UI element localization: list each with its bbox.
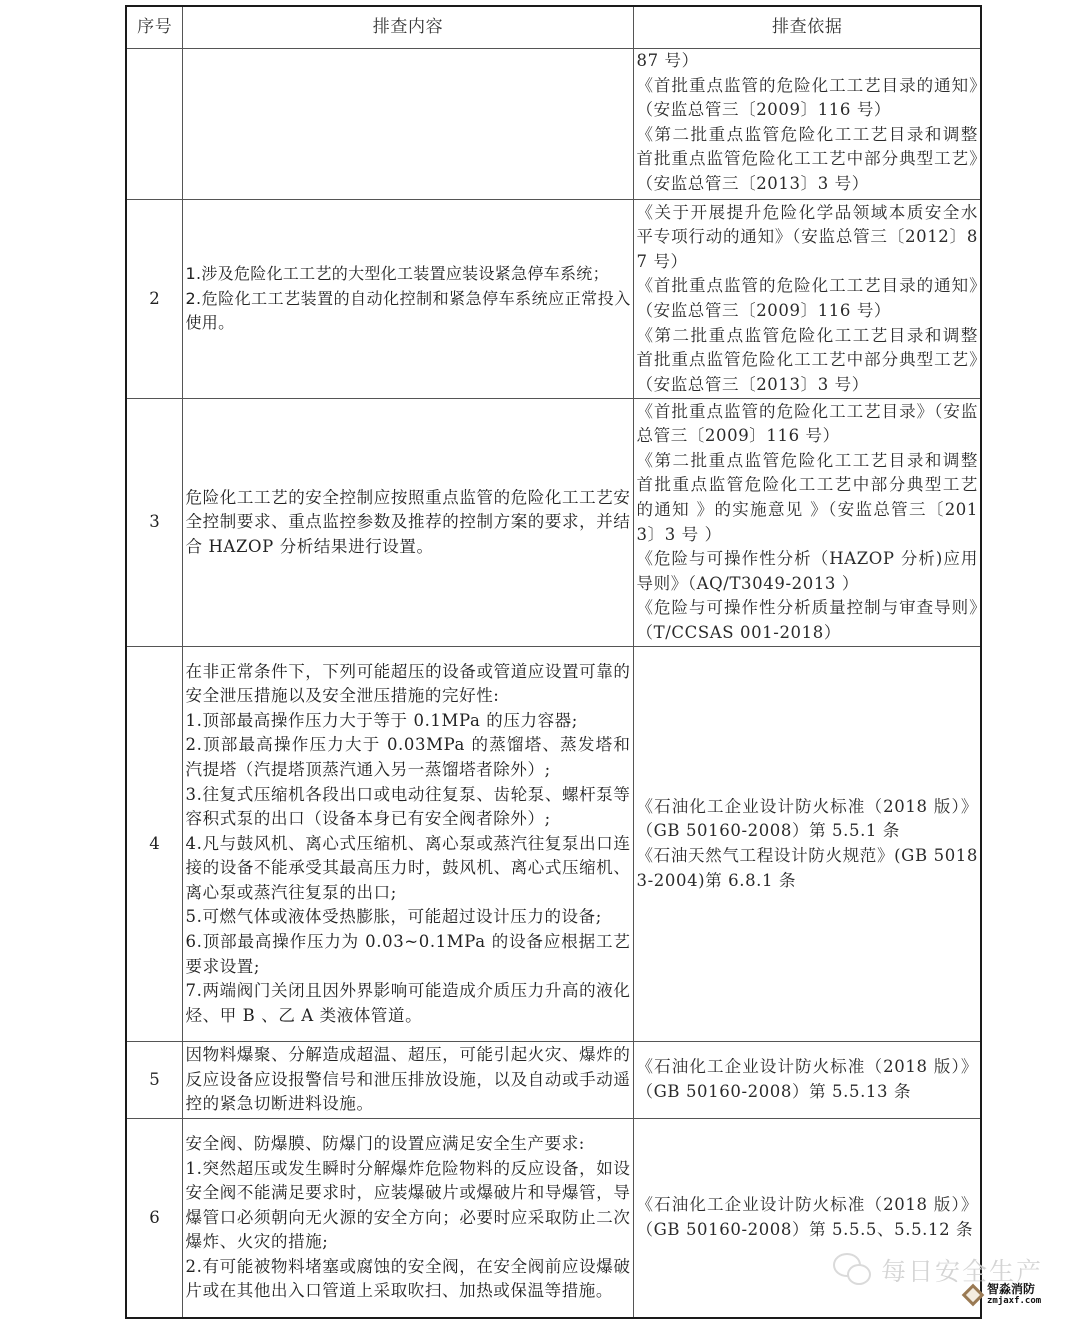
row-number: 3 [126,399,182,647]
basis-line: 《石油化工企业设计防火标准（2018 版）》（GB 50160-2008）第 5… [637,1193,979,1242]
basis-line: 《首批重点监管的危险化工工艺目录的通知》（安监总管三〔2009〕116 号） [637,74,979,123]
basis-line: 《关于开展提升危险化学品领域本质安全水平专项行动的通知》（安监总管三〔2012〕… [637,201,979,275]
content-line: 1.突然超压或发生瞬时分解爆炸危险物料的反应设备，如设安全阀不能满足要求时，应装… [186,1157,631,1255]
row-number: 5 [126,1042,182,1119]
content-line: 1.涉及危险化工工艺的大型化工装置应装设紧急停车系统； [186,262,631,287]
row-number [126,49,182,200]
content-line: 3.往复式压缩机各段出口或电动往复泵、齿轮泵、螺杆泵等容积式泵的出口（设备本身已… [186,783,631,832]
basis-line: 《第二批重点监管危险化工工艺目录和调整首批重点监管危险化工工艺中部分典型工艺的通… [637,449,979,547]
content-line: 2.顶部最高操作压力大于 0.03MPa 的蒸馏塔、蒸发塔和汽提塔（汽提塔顶蒸汽… [186,733,631,782]
row-content: 危险化工工艺的安全控制应按照重点监管的危险化工工艺安全控制要求、重点监控参数及推… [182,399,633,647]
table-row: 6 安全阀、防爆膜、防爆门的设置应满足安全生产要求: 1.突然超压或发生瞬时分解… [126,1119,981,1319]
basis-line: 87 号） [637,49,979,74]
content-line: 5.可燃气体或液体受热膨胀，可能超过设计压力的设备; [186,905,631,930]
row-number: 2 [126,200,182,399]
basis-line: 《第二批重点监管危险化工工艺目录和调整首批重点监管危险化工工艺中部分典型工艺》（… [637,123,979,197]
content-line: 危险化工工艺的安全控制应按照重点监管的危险化工工艺安全控制要求、重点监控参数及推… [186,486,631,560]
row-content: 安全阀、防爆膜、防爆门的设置应满足安全生产要求: 1.突然超压或发生瞬时分解爆炸… [182,1119,633,1319]
table-row: 87 号） 《首批重点监管的危险化工工艺目录的通知》（安监总管三〔2009〕11… [126,49,981,200]
content-line: 2.有可能被物料堵塞或腐蚀的安全阀，在安全阀前应设爆破片或在其他出入口管道上采取… [186,1255,631,1304]
table-row: 4 在非正常条件下，下列可能超压的设备或管道应设置可靠的安全泄压措施以及安全泄压… [126,647,981,1042]
header-basis: 排查依据 [633,6,981,49]
row-content [182,49,633,200]
row-number: 4 [126,647,182,1042]
row-number: 6 [126,1119,182,1319]
row-content: 在非正常条件下，下列可能超压的设备或管道应设置可靠的安全泄压措施以及安全泄压措施… [182,647,633,1042]
row-content: 1.涉及危险化工工艺的大型化工装置应装设紧急停车系统； 2.危险化工工艺装置的自… [182,200,633,399]
diamond-logo-icon [962,1284,985,1307]
basis-line: 《危险与可操作性分析（HAZOP 分析)应用导则》（AQ/T3049-2013 … [637,547,979,596]
brand-name: 智淼消防 [987,1283,1041,1295]
row-basis: 《石油化工企业设计防火标准（2018 版）》（GB 50160-2008）第 5… [633,1042,981,1119]
table-row: 5 因物料爆聚、分解造成超温、超压，可能引起火灾、爆炸的反应设备应设报警信号和泄… [126,1042,981,1119]
basis-line: 《首批重点监管的危险化工工艺目录》（安监总管三〔2009〕116 号） [637,400,979,449]
header-no: 序号 [126,6,182,49]
inspection-table: 序号 排查内容 排查依据 87 号） 《首批重点监管的危险化工工艺目录的通知》（… [125,5,982,1319]
table-row: 2 1.涉及危险化工工艺的大型化工装置应装设紧急停车系统； 2.危险化工工艺装置… [126,200,981,399]
basis-line: 《石油化工企业设计防火标准（2018 版）》（GB 50160-2008）第 5… [637,1055,979,1104]
content-line: 7.两端阀门关闭且因外界影响可能造成介质压力升高的液化烃、甲 B 、乙 A 类液… [186,979,631,1028]
row-basis: 《关于开展提升危险化学品领域本质安全水平专项行动的通知》（安监总管三〔2012〕… [633,200,981,399]
content-line: 2.危险化工工艺装置的自动化控制和紧急停车系统应正常投入使用。 [186,287,631,336]
header-content: 排查内容 [182,6,633,49]
row-basis: 《石油化工企业设计防火标准（2018 版）》（GB 50160-2008）第 5… [633,647,981,1042]
basis-line: 《危险与可操作性分析质量控制与审查导则》（T/CCSAS 001-2018） [637,596,979,645]
table-row: 3 危险化工工艺的安全控制应按照重点监管的危险化工工艺安全控制要求、重点监控参数… [126,399,981,647]
row-basis: 《首批重点监管的危险化工工艺目录》（安监总管三〔2009〕116 号） 《第二批… [633,399,981,647]
content-line: 4.凡与鼓风机、离心式压缩机、离心泵或蒸汽往复泵出口连接的设备不能承受其最高压力… [186,832,631,906]
content-line: 在非正常条件下，下列可能超压的设备或管道应设置可靠的安全泄压措施以及安全泄压措施… [186,660,631,709]
basis-line: 《石油化工企业设计防火标准（2018 版）》（GB 50160-2008）第 5… [637,795,979,844]
document-page: 序号 排查内容 排查依据 87 号） 《首批重点监管的危险化工工艺目录的通知》（… [125,5,980,1319]
basis-line: 《第二批重点监管危险化工工艺目录和调整首批重点监管危险化工工艺中部分典型工艺》（… [637,324,979,398]
brand-badge: 智淼消防 zmjaxf.com [965,1283,1041,1307]
row-basis: 《石油化工企业设计防火标准（2018 版）》（GB 50160-2008）第 5… [633,1119,981,1319]
content-line: 6.顶部最高操作压力为 0.03~0.1MPa 的设备应根据工艺要求设置; [186,930,631,979]
table-header-row: 序号 排查内容 排查依据 [126,6,981,49]
content-line: 因物料爆聚、分解造成超温、超压，可能引起火灾、爆炸的反应设备应设报警信号和泄压排… [186,1043,631,1117]
row-content: 因物料爆聚、分解造成超温、超压，可能引起火灾、爆炸的反应设备应设报警信号和泄压排… [182,1042,633,1119]
content-line: 1.顶部最高操作压力大于等于 0.1MPa 的压力容器; [186,709,631,734]
content-line: 安全阀、防爆膜、防爆门的设置应满足安全生产要求: [186,1132,631,1157]
brand-url: zmjaxf.com [987,1295,1041,1307]
basis-line: 《首批重点监管的危险化工工艺目录的通知》（安监总管三〔2009〕116 号） [637,274,979,323]
row-basis: 87 号） 《首批重点监管的危险化工工艺目录的通知》（安监总管三〔2009〕11… [633,49,981,200]
wechat-icon [833,1253,873,1287]
basis-line: 《石油天然气工程设计防火规范》(GB 50183-2004)第 6.8.1 条 [637,844,979,893]
